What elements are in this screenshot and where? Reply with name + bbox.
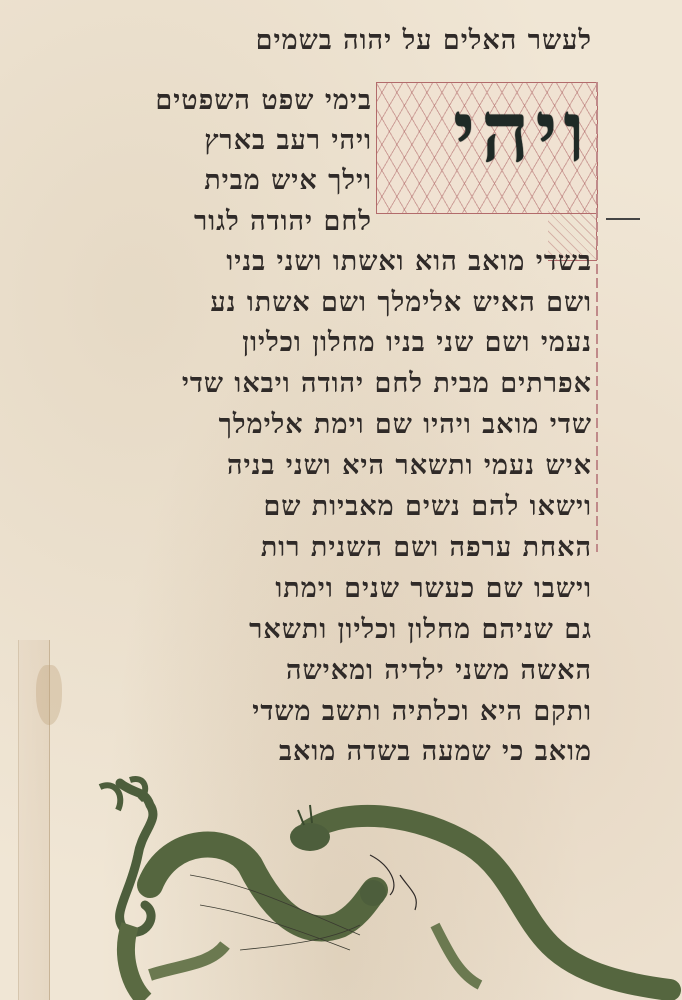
decorated-initial-panel: ויהי bbox=[376, 82, 598, 214]
text-line: בשדי מואב הוא ואשתו ושני בניו bbox=[226, 245, 592, 279]
initial-word: ויהי bbox=[453, 87, 591, 177]
text-line: מואב כי שמעה בשדה מואב bbox=[279, 735, 592, 769]
text-line: אפרתים מבית לחם יהודה ויבאו שדי bbox=[182, 367, 592, 401]
text-line: בימי שפט השפטים bbox=[155, 84, 372, 118]
marginal-mark bbox=[606, 218, 640, 220]
text-line: וילך איש מבית bbox=[204, 164, 372, 198]
text-line: איש נעמי ותשאר היא ושני בניה bbox=[227, 449, 592, 483]
text-line: האחת ערפה ושם השנית רות bbox=[261, 531, 592, 565]
manuscript-page: לעשר האלים על יהוה בשמים ויהי בימי שפט ה… bbox=[0, 0, 682, 1000]
text-line: וישבו שם כעשר שנים וימתו bbox=[275, 572, 592, 606]
text-line: שדי מואב ויהיו שם וימת אלימלך bbox=[219, 408, 592, 442]
text-line: נעמי ושם שני בניו מחלון וכליון bbox=[242, 326, 592, 360]
stain bbox=[36, 665, 62, 725]
text-line: ויהי רעב בארץ bbox=[204, 124, 372, 158]
text-line: האשה משני ילדיה ומאישה bbox=[286, 654, 592, 688]
dragon-illustration bbox=[90, 775, 682, 1000]
text-line: לחם יהודה לגור bbox=[194, 205, 372, 239]
text-line: גם שניהם מחלון וכליון ותשאר bbox=[249, 613, 592, 647]
text-line: ותקם היא וכלתיה ותשב משדי bbox=[252, 695, 592, 729]
text-line: ושם האיש אלימלך ושם אשתו נע bbox=[210, 286, 592, 320]
marginal-border bbox=[596, 82, 598, 552]
text-line: וישאו להם נשים מאביות שם bbox=[263, 490, 592, 524]
header-line: לעשר האלים על יהוה בשמים bbox=[256, 24, 592, 58]
